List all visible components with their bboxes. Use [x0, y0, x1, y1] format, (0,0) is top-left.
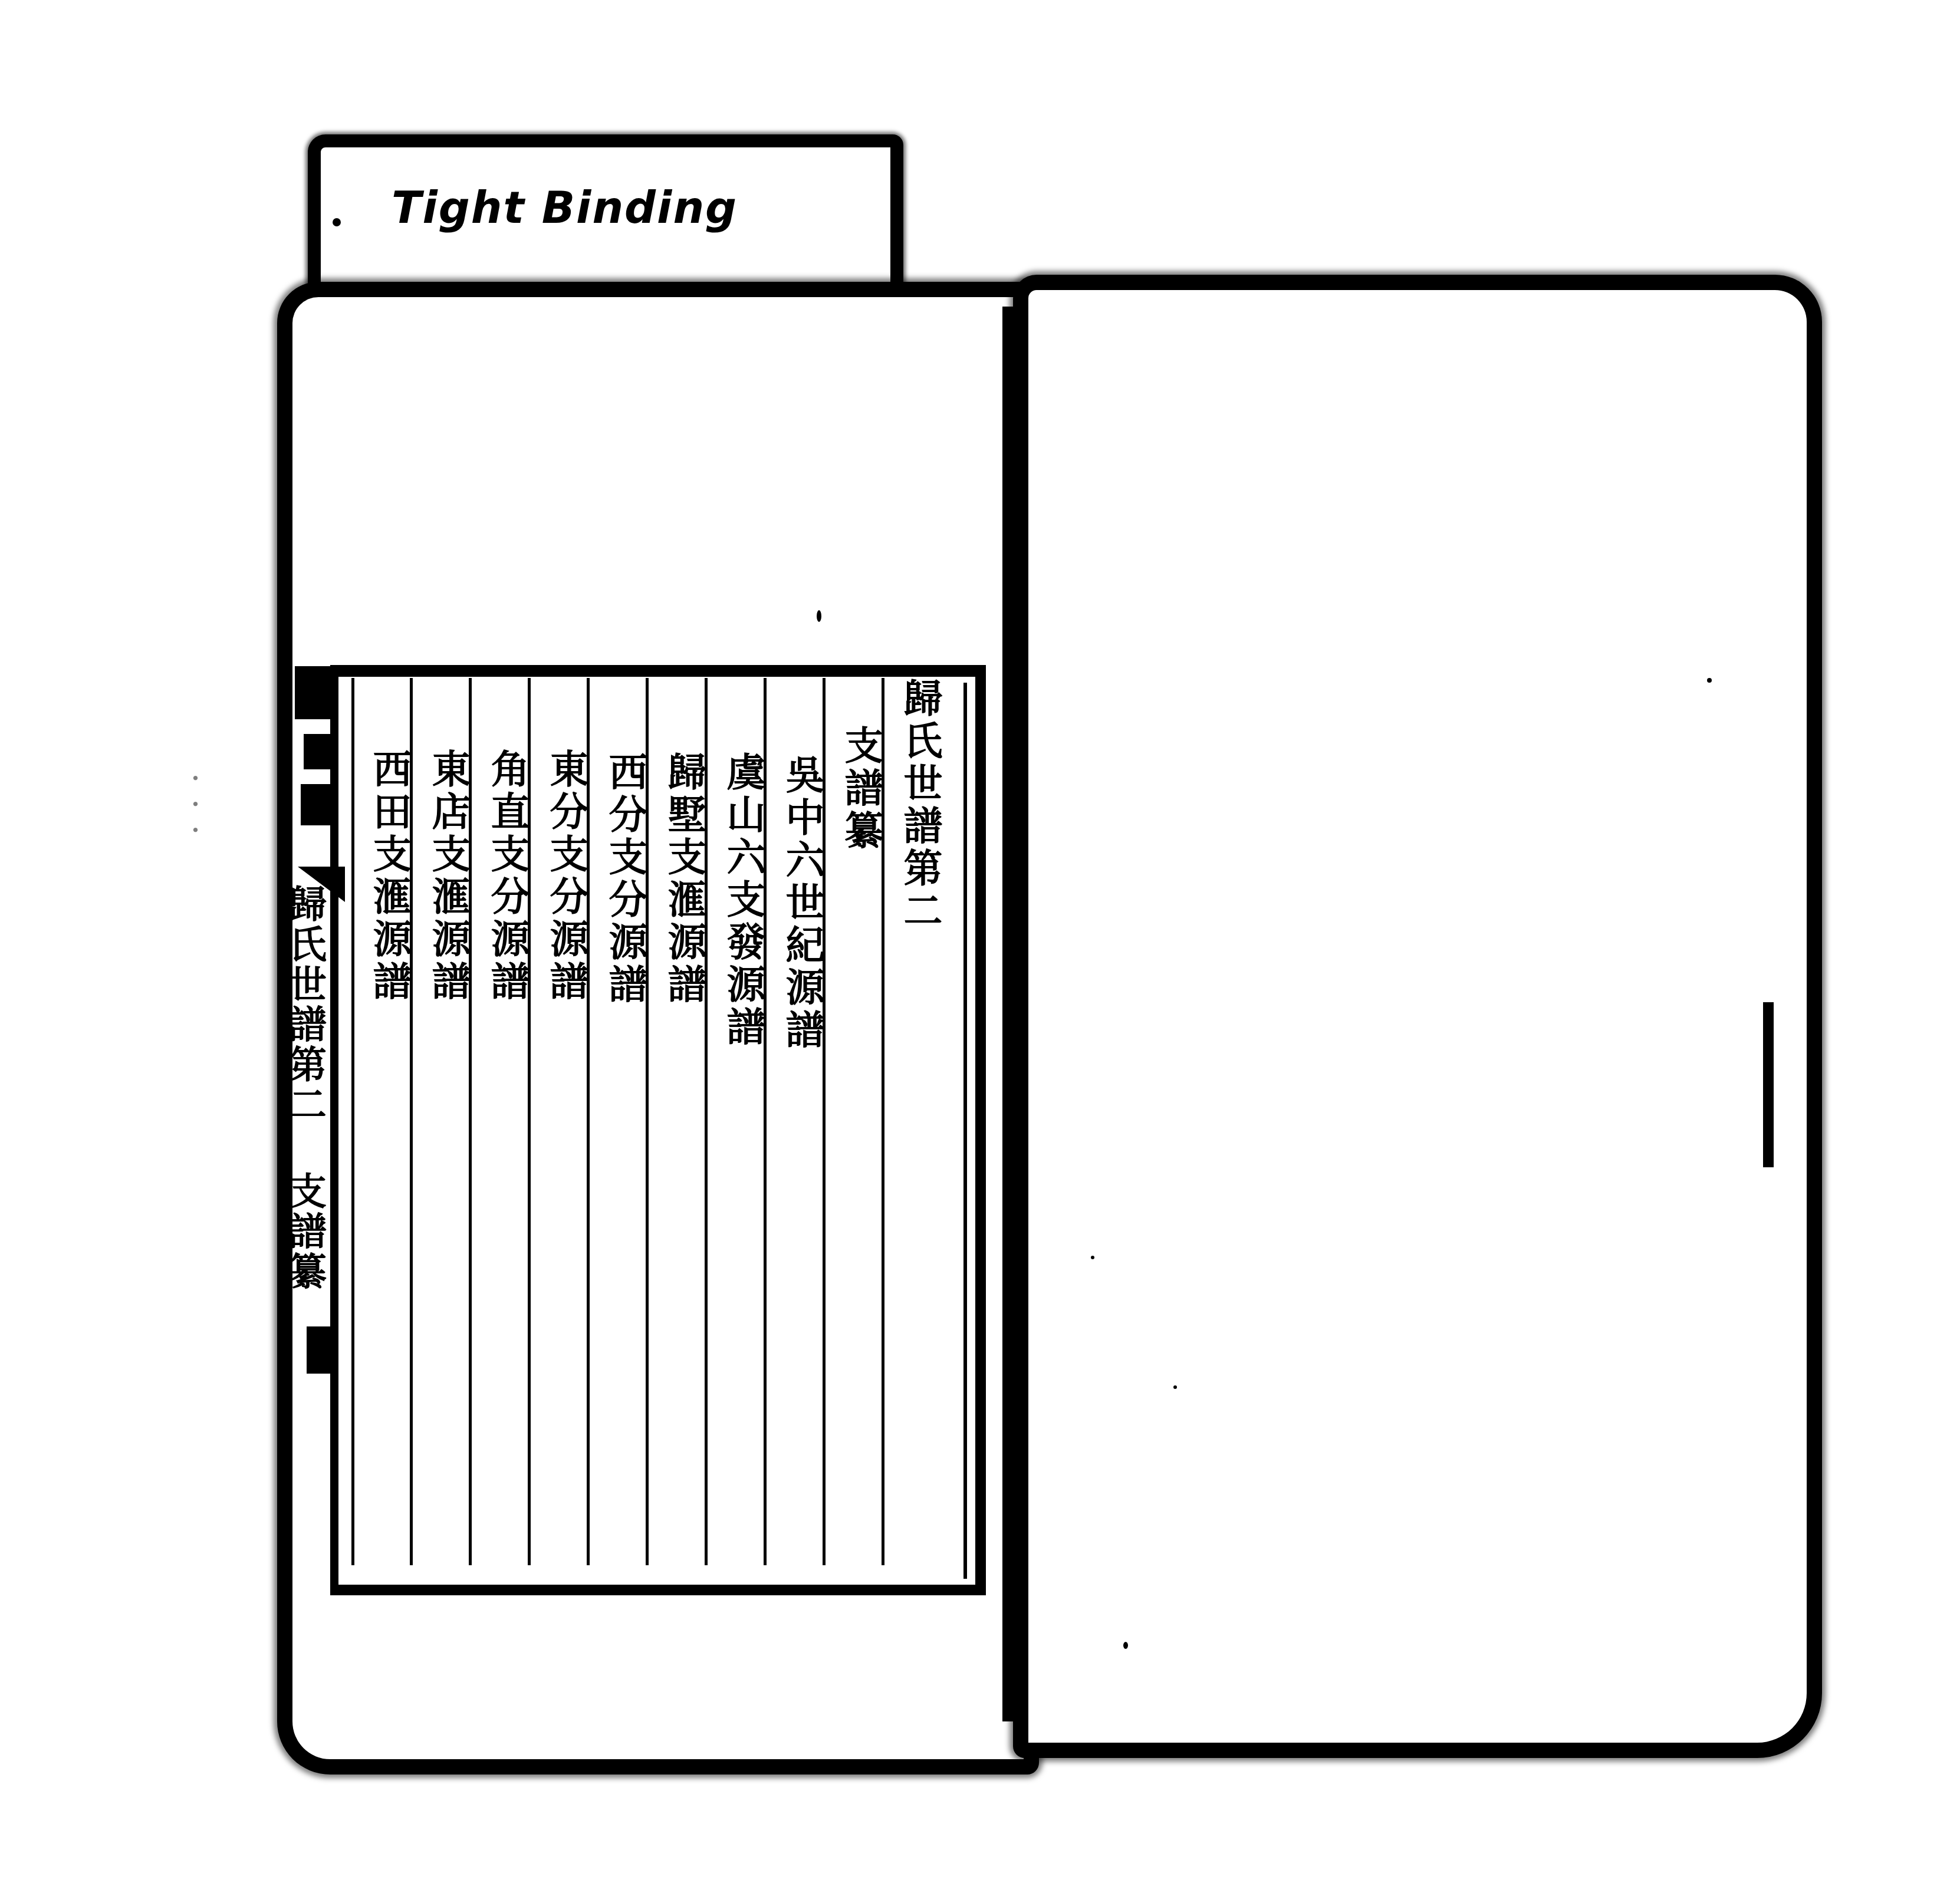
column-rule	[469, 678, 472, 1565]
column-rule	[646, 678, 649, 1565]
edge-ink	[301, 784, 330, 825]
book-gutter	[1002, 307, 1015, 1721]
ink-speck	[1173, 1385, 1177, 1389]
column-rule	[764, 678, 767, 1565]
column-rule	[882, 678, 884, 1565]
ink-mark	[333, 218, 341, 226]
spine-title-text: 歸氏世譜第二 支譜纂	[277, 884, 331, 1292]
column-rule	[410, 678, 413, 1565]
column-rule	[587, 678, 590, 1565]
bleed-through-text: ・・・	[177, 766, 211, 844]
column-rule	[705, 678, 708, 1565]
book-title: 歸氏世譜第二	[890, 678, 949, 1893]
spine-title: 歸氏世譜第二 支譜纂	[277, 884, 331, 1294]
frame-rule	[963, 683, 967, 1579]
right-page	[1013, 275, 1822, 1758]
column-rule	[351, 678, 354, 1565]
ink-speck	[1707, 678, 1712, 683]
ink-speck	[1091, 1256, 1094, 1259]
edge-ink	[307, 1326, 330, 1374]
edge-ink	[295, 666, 330, 719]
right-fore-edge-tab	[1763, 1002, 1774, 1167]
column-rule	[528, 678, 531, 1565]
label-text: Tight Binding	[392, 183, 738, 233]
edge-ink	[304, 734, 330, 769]
column-rule	[823, 678, 826, 1565]
ink-speck	[817, 610, 821, 622]
ink-speck	[1123, 1642, 1128, 1649]
